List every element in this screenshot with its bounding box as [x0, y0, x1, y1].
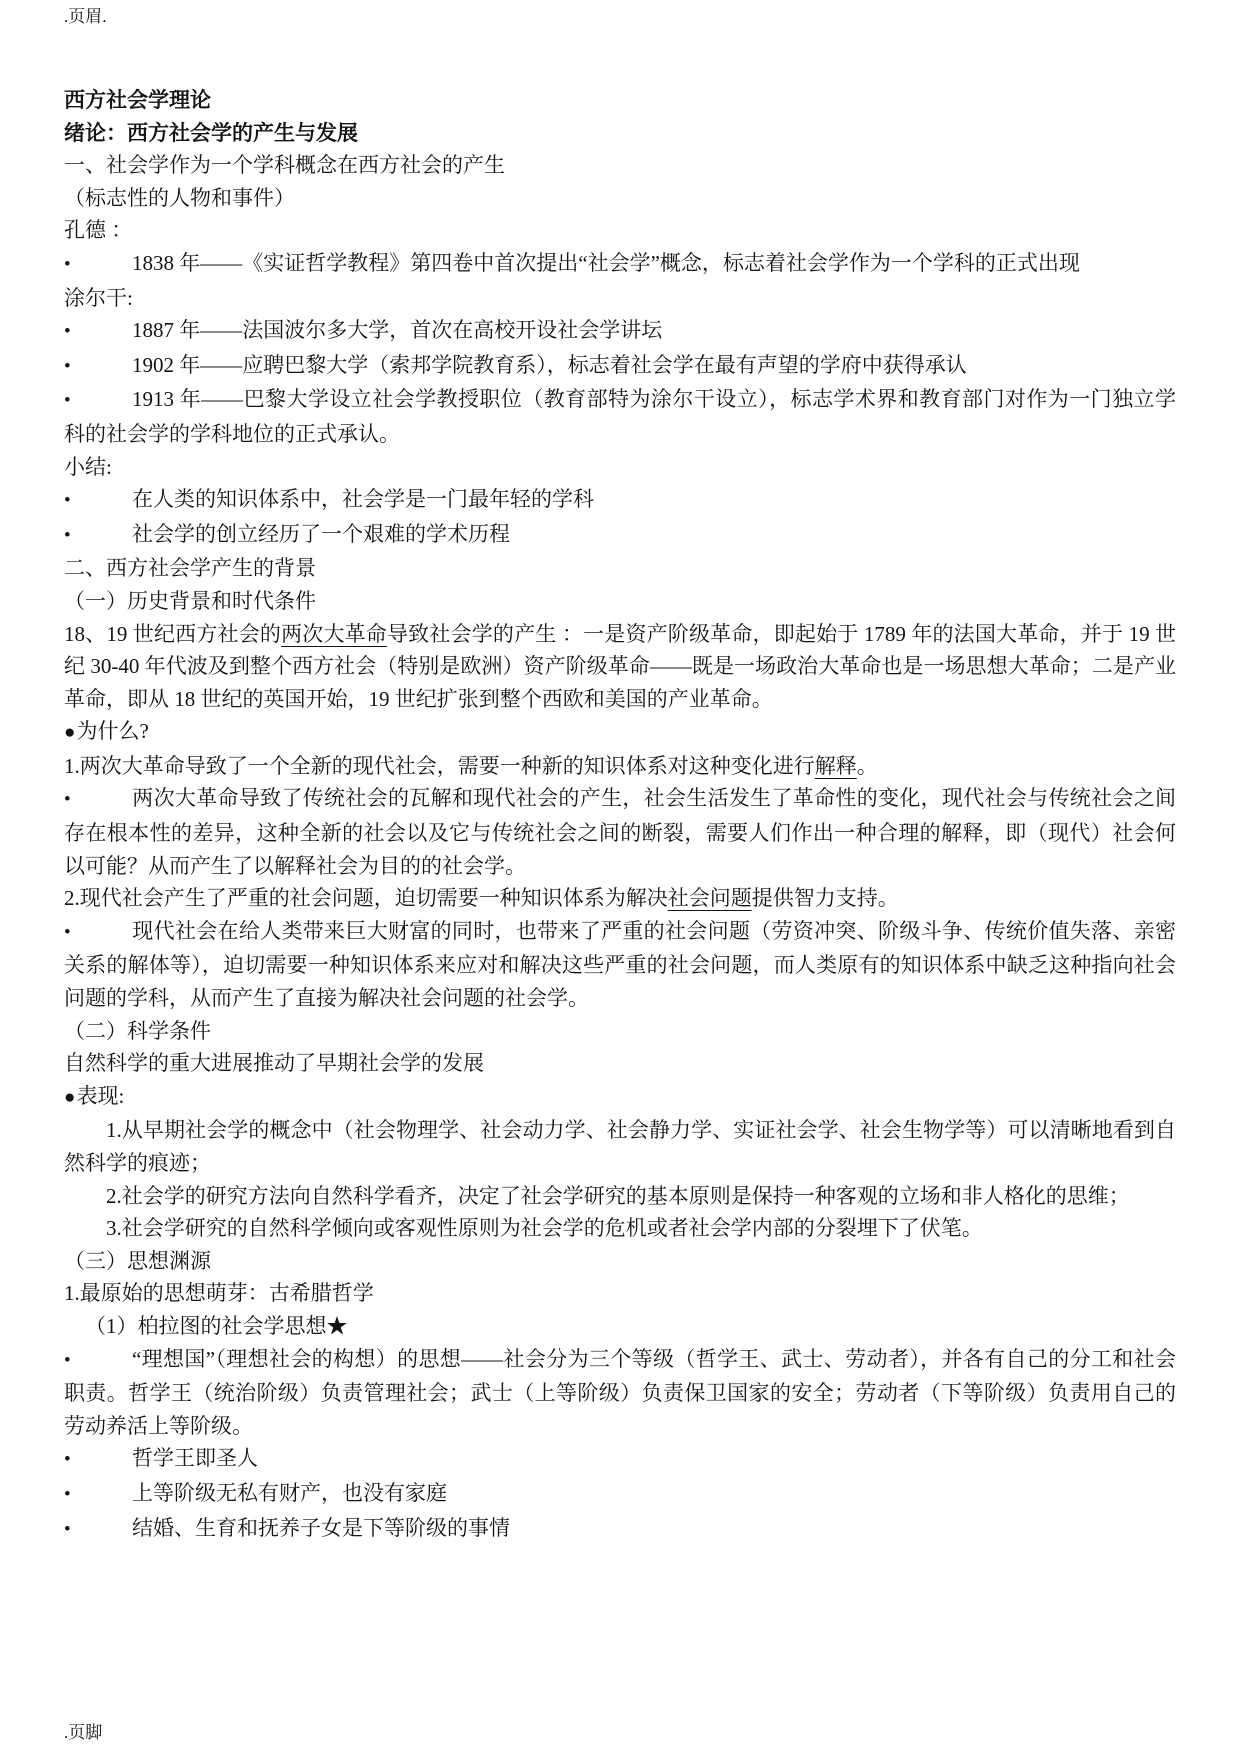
page-header: .页眉. — [64, 6, 107, 28]
text-run: 提供智力支持。 — [752, 886, 899, 910]
bullet-item-1902: •1902 年——应聘巴黎大学（索邦学院教育系），标志着社会学在最有声望的学府中… — [64, 349, 1176, 384]
bullet-item-reason-2-detail: •现代社会在给人类带来巨大财富的同时，也带来了严重的社会问题（劳资冲突、阶级斗争… — [64, 915, 1176, 1015]
bullet-text: 现代社会在给人类带来巨大财富的同时，也带来了严重的社会问题（劳资冲突、阶级斗争、… — [64, 919, 1176, 1010]
text-run: 。 — [857, 754, 878, 778]
section-heading-intro: 绪论：西方社会学的产生与发展 — [64, 117, 1176, 150]
text-run: 2.现代社会产生了严重的社会问题，迫切需要一种知识体系为解决 — [64, 886, 668, 910]
dot-item-text: 为什么? — [76, 719, 148, 743]
dot-item-manifestation: ●表现: — [64, 1080, 1176, 1115]
paragraph-section-1: 一、社会学作为一个学科概念在西方社会的产生 — [64, 149, 1176, 182]
text-run: 1.两次大革命导致了一个全新的现代社会，需要一种新的知识体系对这种变化进行 — [64, 754, 815, 778]
paragraph-plato-heading: （1）柏拉图的社会学思想★ — [64, 1310, 1176, 1343]
dot-item-why: ●为什么? — [64, 715, 1176, 750]
paragraph-comte-label: 孔德 ： — [64, 214, 1176, 247]
filled-circle-bullet-icon: ● — [64, 1087, 75, 1108]
bullet-item-reason-1-detail: •两次大革命导致了传统社会的瓦解和现代社会的产生，社会生活发生了革命性的变化，现… — [64, 782, 1176, 882]
bullet-item-philosopher-king: •哲学王即圣人 — [64, 1442, 1176, 1477]
underlined-text: 社会问题 — [668, 886, 752, 910]
bullet-text: 结婚、生育和抚养子女是下等阶级的事情 — [132, 1516, 510, 1540]
paragraph-subsection-2-3: （三）思想渊源 — [64, 1245, 1176, 1278]
bullet-item-upper-class: •上等阶级无私有财产，也没有家庭 — [64, 1477, 1176, 1512]
bullet-text: 1902 年——应聘巴黎大学（索邦学院教育系），标志着社会学在最有声望的学府中获… — [132, 353, 967, 377]
bullet-icon: • — [64, 485, 132, 518]
bullet-text: 1838 年——《实证哲学教程》第四卷中首次提出“社会学”概念，标志着社会学作为… — [132, 251, 1080, 275]
bullet-icon: • — [64, 316, 132, 349]
paragraph-subsection-2-2: （二）科学条件 — [64, 1015, 1176, 1048]
bullet-text: 上等阶级无私有财产，也没有家庭 — [132, 1481, 447, 1505]
paragraph-numbered-2: 2.社会学的研究方法向自然科学看齐，决定了社会学研究的基本原则是保持一种客观的立… — [64, 1180, 1176, 1213]
bullet-icon: • — [64, 1514, 132, 1547]
paragraph-two-revolutions: 18、19 世纪西方社会的两次大革命导致社会学的产生 ：一是资产阶级革命，即起始… — [64, 618, 1176, 716]
bullet-icon: • — [64, 351, 132, 384]
underlined-text: 两次大革命 — [281, 622, 387, 646]
bullet-icon: • — [64, 917, 132, 950]
bullet-text: 社会学的创立经历了一个艰难的学术历程 — [132, 522, 510, 546]
paragraph-origin-greek: 1.最原始的思想萌芽：古希腊哲学 — [64, 1277, 1176, 1310]
paragraph-reason-2: 2.现代社会产生了严重的社会问题，迫切需要一种知识体系为解决社会问题提供智力支持… — [64, 882, 1176, 915]
paragraph-reason-1: 1.两次大革命导致了一个全新的现代社会，需要一种新的知识体系对这种变化进行解释。 — [64, 750, 1176, 783]
text-run: 18、19 世纪西方社会的 — [64, 622, 281, 646]
bullet-text: 在人类的知识体系中，社会学是一门最年轻的学科 — [132, 487, 594, 511]
paragraph-subsection-2-1: （一）历史背景和时代条件 — [64, 585, 1176, 618]
paragraph-summary-label: 小结: — [64, 451, 1176, 484]
paragraph-science-progress: 自然科学的重大进展推动了早期社会学的发展 — [64, 1047, 1176, 1080]
bullet-icon: • — [64, 520, 132, 553]
bullet-item-lower-class: •结婚、生育和抚养子女是下等阶级的事情 — [64, 1512, 1176, 1547]
bullet-text: “理想国”（理想社会的构想）的思想——社会分为三个等级（哲学王、武士、劳动者），… — [64, 1347, 1176, 1438]
bullet-item-hard-history: •社会学的创立经历了一个艰难的学术历程 — [64, 518, 1176, 553]
bullet-text: 1887 年——法国波尔多大学，首次在高校开设社会学讲坛 — [132, 318, 662, 342]
document-title: 西方社会学理论 — [64, 84, 1176, 117]
bullet-item-republic: •“理想国”（理想社会的构想）的思想——社会分为三个等级（哲学王、武士、劳动者）… — [64, 1343, 1176, 1443]
filled-circle-bullet-icon: ● — [64, 722, 75, 743]
underlined-text: 解释 — [815, 754, 857, 778]
bullet-item-1913: •1913 年——巴黎大学设立社会学教授职位（教育部特为涂尔干设立），标志学术界… — [64, 383, 1176, 450]
document-body: 西方社会学理论 绪论：西方社会学的产生与发展 一、社会学作为一个学科概念在西方社… — [64, 84, 1176, 1546]
bullet-icon: • — [64, 385, 132, 418]
bullet-icon: • — [64, 784, 132, 817]
bullet-icon: • — [64, 1444, 132, 1477]
page-footer: .页脚 — [64, 1722, 102, 1744]
bullet-text: 1913 年——巴黎大学设立社会学教授职位（教育部特为涂尔干设立），标志学术界和… — [64, 387, 1176, 446]
bullet-text: 两次大革命导致了传统社会的瓦解和现代社会的产生，社会生活发生了革命性的变化，现代… — [64, 786, 1176, 877]
paragraph-numbered-3: 3.社会学研究的自然科学倾向或客观性原则为社会学的危机或者社会学内部的分裂埋下了… — [64, 1212, 1176, 1245]
bullet-item-1838: •1838 年——《实证哲学教程》第四卷中首次提出“社会学”概念，标志着社会学作… — [64, 247, 1176, 282]
bullet-text: 哲学王即圣人 — [132, 1446, 258, 1470]
bullet-icon: • — [64, 1479, 132, 1512]
paragraph-section-2: 二、西方社会学产生的背景 — [64, 552, 1176, 585]
paragraph-note: （标志性的人物和事件） — [64, 182, 1176, 215]
bullet-item-youngest: •在人类的知识体系中，社会学是一门最年轻的学科 — [64, 483, 1176, 518]
dot-item-text: 表现: — [76, 1084, 124, 1108]
bullet-icon: • — [64, 1345, 132, 1378]
bullet-item-1887: •1887 年——法国波尔多大学，首次在高校开设社会学讲坛 — [64, 314, 1176, 349]
paragraph-numbered-1: 1.从早期社会学的概念中（社会物理学、社会动力学、社会静力学、实证社会学、社会生… — [64, 1114, 1176, 1179]
bullet-icon: • — [64, 249, 132, 282]
paragraph-durkheim-label: 涂尔干: — [64, 282, 1176, 315]
